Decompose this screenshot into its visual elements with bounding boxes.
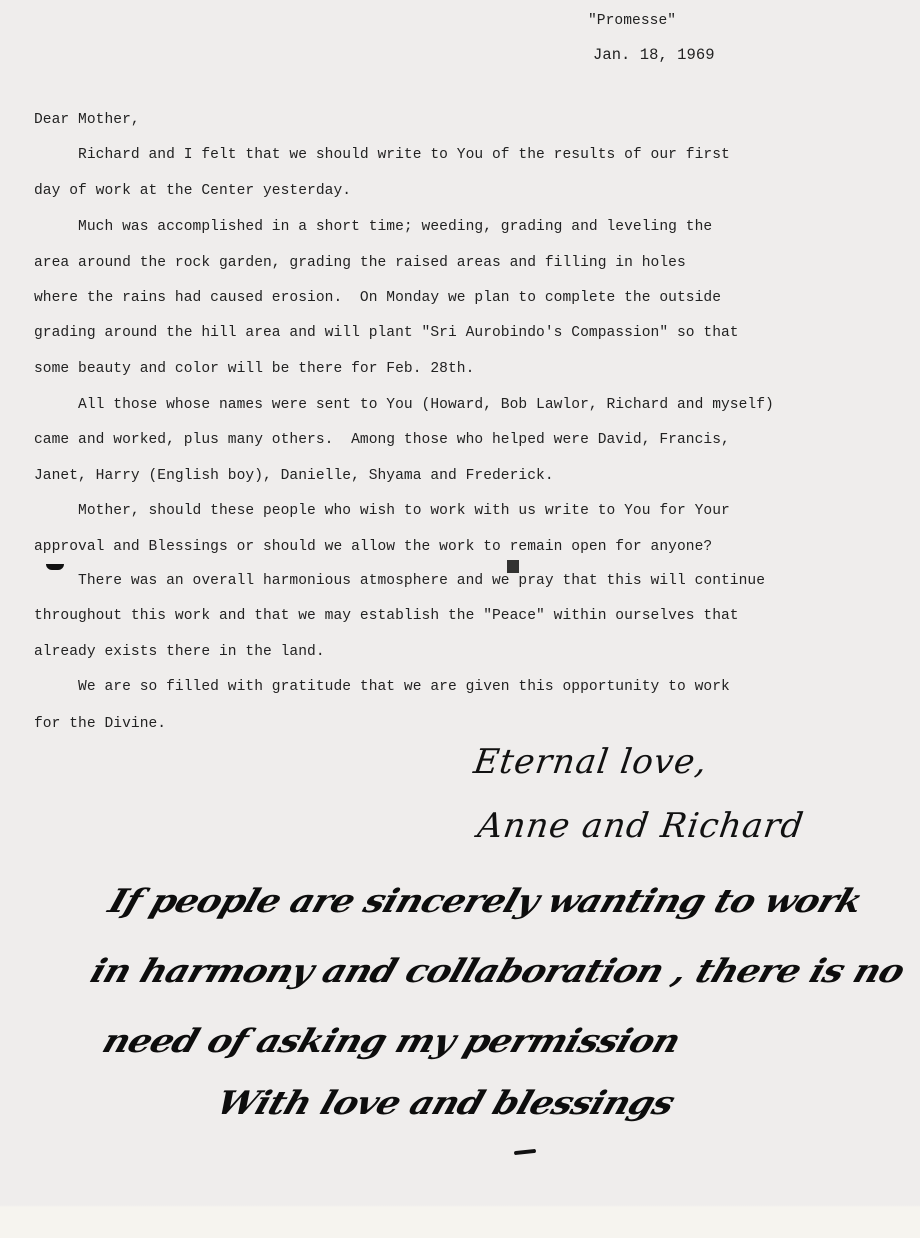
ink-blot-mark [507, 560, 519, 573]
letter-line: for the Divine. [34, 715, 166, 733]
closing-handwritten: Eternal love, [471, 742, 710, 782]
reply-line: in harmony and collaboration , there is … [86, 952, 909, 990]
ink-blot-mark [46, 564, 64, 570]
letter-line: throughout this work and that we may est… [34, 607, 739, 625]
letter-line: day of work at the Center yesterday. [34, 182, 351, 200]
reply-line: need of asking my permission [98, 1022, 685, 1060]
signature-names: Anne and Richard [475, 806, 806, 846]
reply-closing: With love and blessings [212, 1084, 679, 1122]
letter-line: Richard and I felt that we should write … [34, 146, 730, 164]
ink-stroke-mark [514, 1149, 536, 1155]
letter-line: There was an overall harmonious atmosphe… [34, 572, 765, 590]
letter-heading-title: "Promesse" [588, 12, 676, 30]
letter-line: Much was accomplished in a short time; w… [34, 218, 712, 236]
reply-line: If people are sincerely wanting to work [104, 882, 867, 920]
salutation: Dear Mother, [34, 111, 140, 129]
letter-line: We are so filled with gratitude that we … [34, 678, 730, 696]
letter-line: grading around the hill area and will pl… [34, 324, 739, 342]
letter-date: Jan. 18, 1969 [593, 46, 715, 64]
letter-line: All those whose names were sent to You (… [34, 396, 774, 414]
letter-line: approval and Blessings or should we allo… [34, 538, 712, 556]
letter-line: Janet, Harry (English boy), Danielle, Sh… [34, 467, 554, 485]
letter-line: came and worked, plus many others. Among… [34, 431, 730, 449]
letter-line: area around the rock garden, grading the… [34, 254, 686, 272]
letter-line: where the rains had caused erosion. On M… [34, 289, 721, 307]
letter-line: Mother, should these people who wish to … [34, 502, 730, 520]
letter-page: "Promesse" Jan. 18, 1969 Dear Mother, Ri… [0, 0, 920, 1238]
letter-line: some beauty and color will be there for … [34, 360, 474, 378]
letter-line: already exists there in the land. [34, 643, 325, 661]
